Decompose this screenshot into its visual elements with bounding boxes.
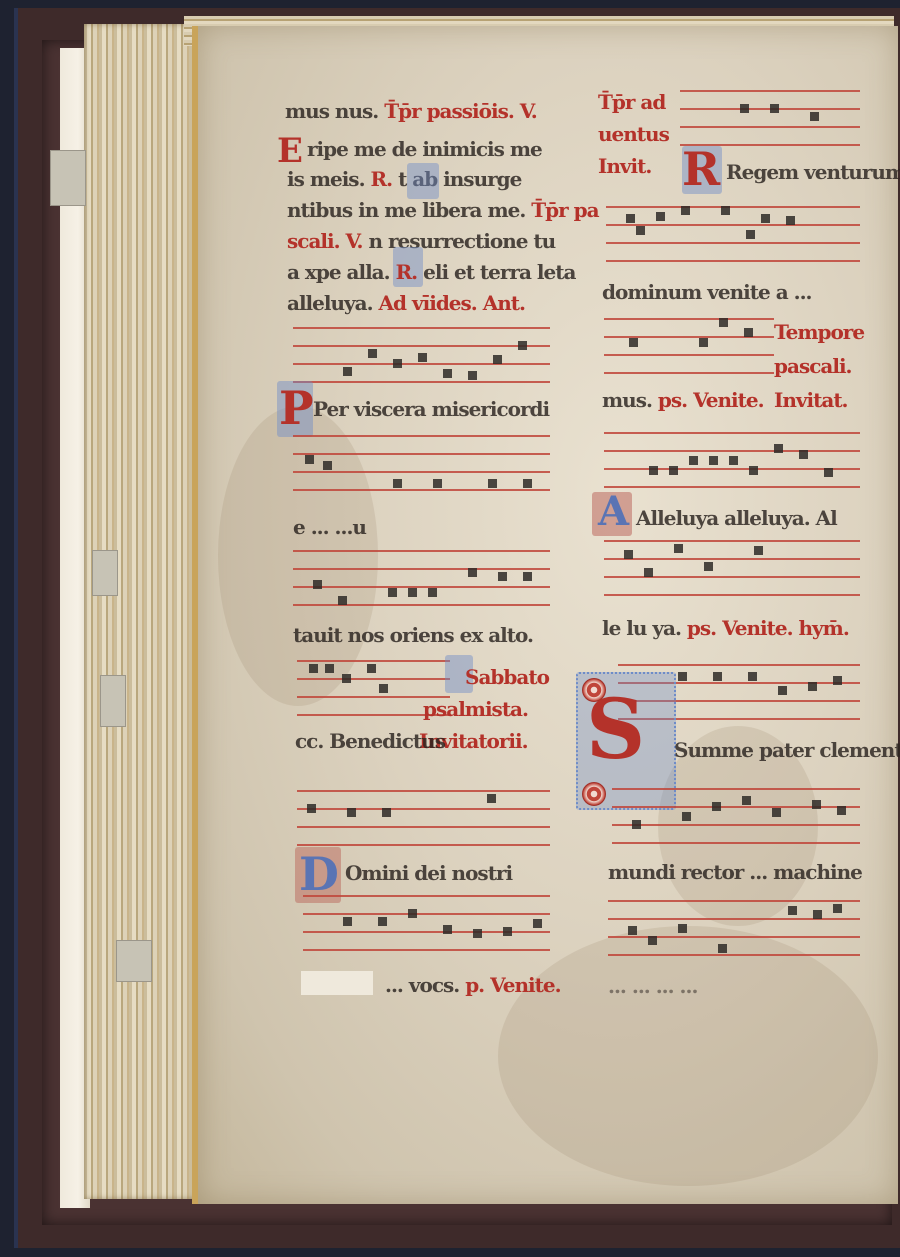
text-line: Summe pater clementie [674, 738, 900, 762]
rubric-line: Tempore [774, 320, 864, 344]
red-initial: P [279, 381, 314, 435]
rubric-line: T̄p̄r ad [598, 90, 665, 114]
rosette-ornament [582, 782, 606, 806]
rubric-line: Invit. [598, 154, 651, 178]
text-line: is meis. R. t ab insurge [287, 167, 521, 191]
text-line: Alleluya alleluya. Al [636, 506, 837, 530]
blue-initial-field [407, 163, 439, 199]
red-initial: R [682, 142, 720, 196]
text-line: Regem venturum [726, 160, 900, 184]
text-line: Omini dei nostri [345, 861, 512, 885]
rubric-line: uentus [598, 122, 669, 146]
rubric-line: Sabbato [465, 665, 549, 689]
rubric-line: psalmista. [423, 697, 528, 721]
text-line: Per viscera misericordi [313, 397, 549, 421]
music-staff [612, 788, 860, 850]
right-column: T̄p̄r ad uentus Invit. R Regem venturum … [598, 88, 860, 1008]
page-tab [92, 550, 118, 596]
page-tab [50, 150, 86, 206]
music-staff [604, 540, 860, 602]
text-line: mundi rector ... machine [608, 860, 862, 884]
text-line: mus nus. T̄p̄r passiōis. V. [285, 99, 537, 123]
music-staff [606, 206, 860, 268]
text-line: tauit nos oriens ex alto. [293, 623, 533, 647]
rubric-line: Invitat. [774, 388, 848, 412]
music-staff [293, 435, 550, 497]
music-staff [293, 550, 550, 612]
page-tab [100, 675, 126, 727]
text-line: cc. Benedictus [295, 729, 445, 753]
text-line: e ... ...u [293, 515, 366, 539]
text-line: ... ... ... ... [608, 974, 697, 998]
red-initial: S [586, 682, 645, 778]
music-staff [303, 895, 550, 957]
text-line: alleluya. Ad vīides. Ant. [287, 291, 525, 315]
rubric-line: pascali. [774, 354, 852, 378]
text-line: ntibus in me libera me. T̄p̄r pa [287, 198, 599, 222]
left-column: mus nus. T̄p̄r passiōis. V. E ripe me d… [285, 95, 550, 1005]
text-line: ... vocs. p. Venite. [385, 973, 561, 997]
text-line: dominum venite a ... [602, 280, 812, 304]
blue-initial: D [299, 847, 339, 901]
music-staff [608, 900, 860, 962]
music-staff [604, 318, 774, 380]
music-staff [293, 327, 550, 389]
text-line: a xpe alla. R. eli et terra leta [287, 260, 575, 284]
text-line: mus. ps. Venite. [602, 388, 764, 412]
page-tab [116, 940, 152, 982]
music-staff [297, 790, 550, 852]
blue-initial: A [598, 488, 629, 535]
parchment-loss [301, 971, 373, 995]
text-line: ripe me de inimicis me [307, 137, 542, 161]
text-line: le lu ya. ps. Venite. hym̄. [602, 616, 849, 640]
music-staff [604, 432, 860, 494]
red-initial: E [277, 131, 303, 171]
